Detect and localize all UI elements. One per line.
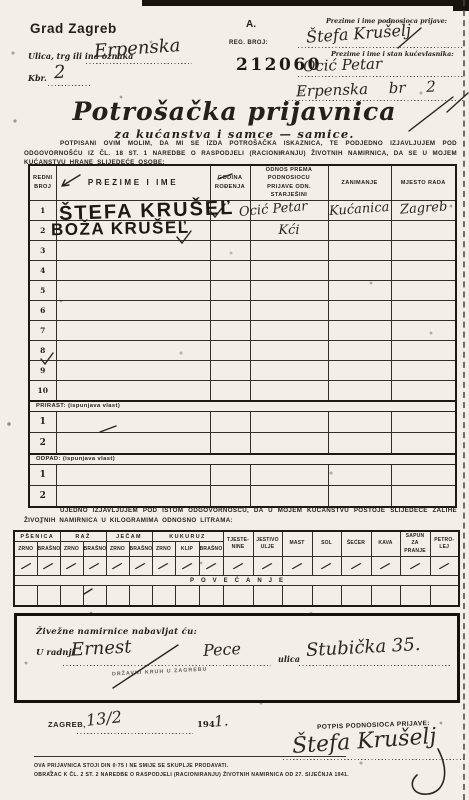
store-intro-label: Živežne namirnice nabavljat ću: — [36, 627, 197, 637]
street-handwritten-value-2: Stubička 35. — [306, 634, 421, 661]
col-header-prezime-ime: PREZIME I IME — [56, 165, 210, 200]
household-members-table: REDNI BROJ PREZIME I IME GODINA ROĐENJA … — [28, 164, 457, 508]
povecanje-band-row: POVEĆANJE — [14, 576, 459, 586]
kbr-label: Kbr. — [28, 73, 47, 83]
shop-label: U radnji — [36, 648, 75, 658]
year-handwritten: 1. — [213, 711, 229, 730]
member-row-5: 5 — [29, 280, 456, 300]
col-header-redni-broj: REDNI BROJ — [29, 165, 56, 200]
member-row-3: 3 — [29, 240, 456, 260]
handwritten-date: 13/2 — [85, 707, 123, 730]
col-sapun: SAPUN ZA PRANJE — [400, 531, 430, 557]
street-fill-line — [86, 62, 192, 64]
handwritten-workplace: Zagreb — [399, 199, 447, 217]
shop-handwritten-name: Ernest — [70, 636, 131, 660]
workplace-cell — [391, 220, 456, 240]
birth-cell — [210, 220, 250, 240]
odpad-section-label-row: ODPAD: (ispunjava vlast) — [29, 454, 456, 465]
prirast-row-1: 1 — [29, 411, 456, 432]
shop-fill-line — [63, 664, 271, 666]
col-header-godina: GODINA ROĐENJA — [210, 165, 250, 200]
kbr-handwritten-value: 2 — [53, 62, 66, 84]
place-label: ZAGREB, — [48, 720, 86, 729]
col-header-odnos: ODNOS PREMA PODNOSIOCU PRIJAVE ODN. STAR… — [250, 165, 328, 200]
applicant-handwritten-name: Štefa Krušelj — [305, 20, 411, 46]
members-header-row: REDNI BROJ PREZIME I IME GODINA ROĐENJA … — [29, 165, 456, 200]
prirast-section-label-row: PRIRAST: (ispunjava vlast) — [29, 401, 456, 412]
date-fill-line — [77, 732, 193, 734]
col-jestivo-ulje: JESTIVO ULJE — [253, 531, 282, 557]
member-row-4: 4 — [29, 260, 456, 280]
shop-stamp-text: DRŽAVNI KRUH U ZAGREBU — [112, 667, 208, 678]
handwritten-dash: / — [20, 559, 31, 573]
shop-handwritten-name2: Pece — [203, 639, 242, 660]
signature-fill-line — [283, 758, 466, 760]
col-group-raz: RAŽ — [60, 531, 106, 542]
supplies-declaration: UJEDNO IZJAVLJUJEM POD ISTOM ODGOVORNOŠĆ… — [24, 506, 457, 525]
footer-note-1: OVA PRIJAVNICA STOJI DIN 0·75 I NE SMIJE… — [34, 763, 229, 769]
street-fill-line-2 — [299, 664, 451, 666]
odpad-label: ODPAD: (ispunjava vlast) — [29, 454, 456, 465]
odpad-row-1: 1 — [29, 464, 456, 485]
supplies-values-row: / / / / / / / / / / / / / / / / / — [14, 557, 459, 576]
section-letter: A. — [246, 19, 256, 30]
col-mast: MAST — [282, 531, 312, 557]
reg-broj-label: REG. BROJ: — [229, 40, 268, 46]
handwritten-signature: Štefa Krušelj — [291, 724, 437, 759]
prirast-row-2: 2 — [29, 432, 456, 454]
scan-edge-strip — [142, 0, 469, 6]
col-group-kukuruz: KUKURUZ — [152, 531, 223, 542]
member-row-6: 6 — [29, 300, 456, 320]
scan-edge-blob — [453, 0, 469, 11]
col-header-mjesto-rada: MJESTO RADA — [391, 165, 456, 200]
form-page: Grad Zagreb Ulica, trg ili ina oznaka Er… — [0, 0, 469, 800]
col-kava: KAVA — [371, 531, 400, 557]
store-box: Živežne namirnice nabavljat ću: U radnji… — [14, 613, 460, 703]
year-printed: 194 — [197, 720, 215, 730]
paper-speckles — [0, 0, 2, 2]
col-group-psenica: PŠENICA — [14, 531, 60, 542]
signature-flourish — [412, 749, 444, 794]
street-handwritten-value: Erpenska — [93, 35, 181, 62]
food-supplies-table: PŠENICA RAŽ JEČAM KUKURUZ TJESTE- NINE J… — [13, 530, 460, 607]
member-row-9: 9 — [29, 360, 456, 380]
col-petrolej: PETRO- LEJ — [430, 531, 459, 557]
occupation-cell — [328, 220, 391, 240]
footer-divider-rule — [34, 756, 346, 757]
odpad-row-2: 2 — [29, 485, 456, 507]
kbr-fill-line — [48, 84, 92, 86]
member-row-7: 7 — [29, 320, 456, 340]
povecanje-label: POVEĆANJE — [14, 576, 459, 586]
handwritten-relation: Kći — [278, 223, 299, 238]
city-title: Grad Zagreb — [30, 21, 117, 36]
street-label-2: ulica — [278, 654, 300, 664]
prirast-label: PRIRAST: (ispunjava vlast) — [29, 401, 456, 412]
applicant-fill-line — [298, 46, 462, 48]
member-row-8: 8 — [29, 340, 456, 360]
footer-note-2: OBRAZAC K ČL. 2 ST. 2 NAREDBE O RASPODJE… — [34, 772, 349, 778]
col-tjestenine: TJESTE- NINE — [223, 531, 253, 557]
member-row-1: 1 ŠTEFA KRUŠEĽ Ocić Petar Kućanica Zagre… — [29, 200, 456, 220]
supplies-group-header-row: PŠENICA RAŽ JEČAM KUKURUZ TJESTE- NINE J… — [14, 531, 459, 542]
member-row-10: 10 — [29, 380, 456, 401]
handwritten-occupation: Kućanica — [328, 199, 389, 218]
owner-fill-line — [298, 75, 464, 77]
supplies-empty-row — [14, 586, 459, 607]
col-secer: ŠEĆER — [341, 531, 371, 557]
col-group-jecam: JEČAM — [106, 531, 152, 542]
owner-handwritten-name: Ocić Petar — [303, 55, 383, 76]
col-sol: SOL — [312, 531, 341, 557]
col-header-zanimanje: ZANIMANJE — [328, 165, 391, 200]
form-title: Potrošačka prijavnica — [0, 97, 469, 126]
